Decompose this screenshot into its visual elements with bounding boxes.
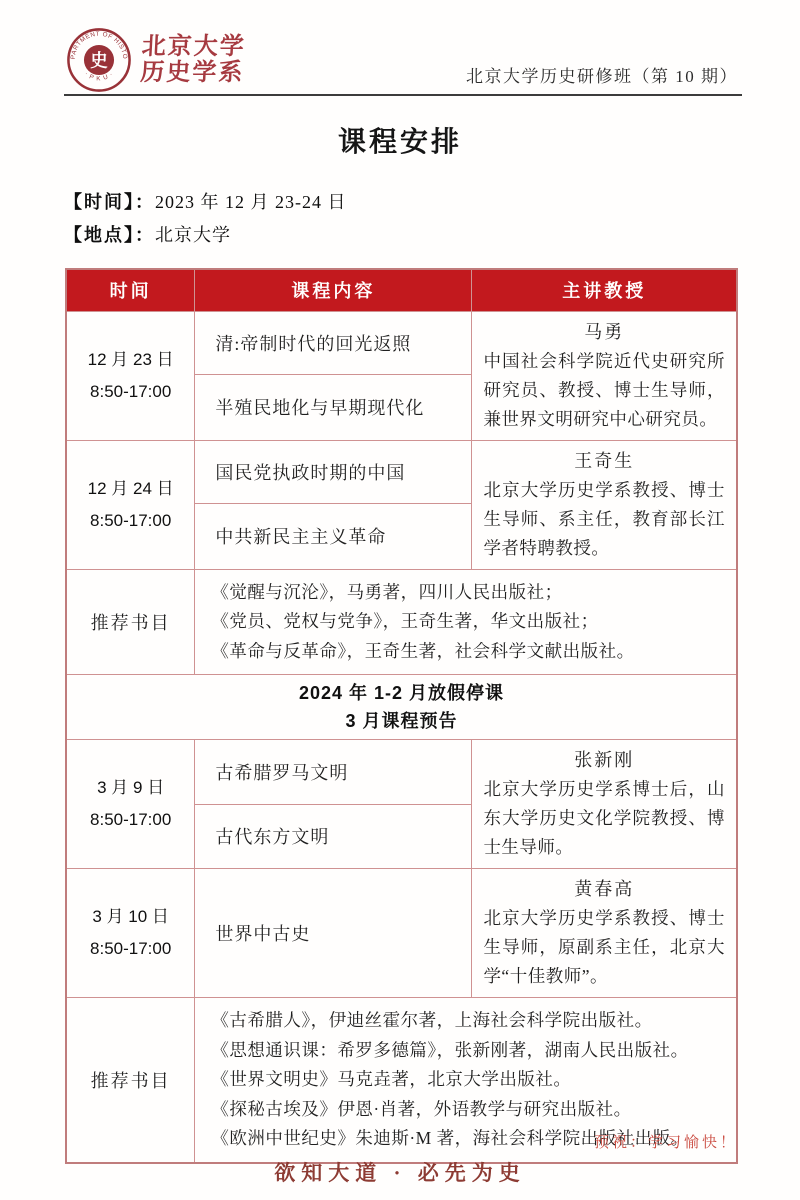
course-cell: 古代东方文明: [195, 804, 472, 869]
time-text: 8:50-17:00: [67, 933, 194, 965]
logo-group: DEPARTMENT OF HISTORY · P K U · 史 北京大学 历…: [66, 27, 245, 93]
meta-block: 【时间】：2023 年 12 月 23-24 日 【地点】：北京大学: [64, 186, 800, 252]
meta-time: 【时间】：2023 年 12 月 23-24 日: [64, 186, 800, 219]
col-header-time: 时间: [66, 269, 195, 311]
notice-line-1: 2024 年 1-2 月放假停课: [67, 679, 736, 707]
professor-cell-mayong: 马勇 中国社会科学院近代史研究所研究员、教授、博士生导师，兼世界文明研究中心研究…: [472, 311, 737, 440]
course-cell: 半殖民地化与早期现代化: [195, 375, 472, 440]
professor-bio: 中国社会科学院近代史研究所研究员、教授、博士生导师，兼世界文明研究中心研究员。: [483, 347, 725, 434]
book-item: 《思想通识课：希罗多德篇》，张新刚著，湖南人民出版社。: [211, 1036, 728, 1066]
book-item: 《觉醒与沉沦》，马勇著，四川人民出版社；: [211, 578, 728, 608]
professor-cell-wangqisheng: 王奇生 北京大学历史学系教授、博士生导师、系主任，教育部长江学者特聘教授。: [472, 440, 737, 569]
professor-bio: 北京大学历史学系教授、博士生导师，原副系主任，北京大学“十佳教师”。: [483, 904, 725, 991]
professor-name: 黄春高: [483, 875, 725, 901]
table-row-mar9-a: 3 月 9 日 8:50-17:00 古希腊罗马文明 张新刚 北京大学历史学系博…: [66, 740, 737, 805]
books-list-1: 《觉醒与沉沦》，马勇著，四川人民出版社； 《党员、党权与党争》，王奇生著，华文出…: [195, 569, 737, 675]
books-label: 推荐书目: [66, 569, 195, 675]
book-item: 《世界文明史》马克垚著，北京大学出版社。: [211, 1065, 728, 1095]
notice-cell: 2024 年 1-2 月放假停课 3 月课程预告: [66, 675, 737, 740]
course-cell: 中共新民主主义革命: [195, 504, 472, 569]
table-row-notice: 2024 年 1-2 月放假停课 3 月课程预告: [66, 675, 737, 740]
time-text: 8:50-17:00: [67, 505, 194, 537]
professor-bio: 北京大学历史学系教授、博士生导师、系主任，教育部长江学者特聘教授。: [483, 476, 725, 563]
program-title: 北京大学历史研修班（第 10 期）: [466, 62, 738, 87]
course-cell: 世界中古史: [195, 869, 472, 998]
course-cell: 国民党执政时期的中国: [195, 440, 472, 504]
book-item: 《革命与反革命》，王奇生著，社会科学文献出版社。: [211, 637, 728, 667]
book-item: 《探秘古埃及》伊恩·肖著，外语教学与研究出版社。: [211, 1095, 728, 1125]
footer-wish: 预祝：学习愉快！: [594, 1131, 738, 1152]
brand-name: 北京大学 历史学系: [140, 34, 247, 86]
professor-cell-huangchungao: 黄春高 北京大学历史学系教授、博士生导师，原副系主任，北京大学“十佳教师”。: [472, 869, 737, 998]
table-row-dec24-a: 12 月 24 日 8:50-17:00 国民党执政时期的中国 王奇生 北京大学…: [66, 440, 737, 504]
col-header-content: 课程内容: [195, 269, 472, 311]
course-cell: 古希腊罗马文明: [195, 740, 472, 805]
notice-line-2: 3 月课程预告: [67, 707, 736, 735]
date-cell-dec24: 12 月 24 日 8:50-17:00: [66, 440, 195, 569]
seal-center-glyph: 史: [90, 50, 108, 70]
date-text: 12 月 23 日: [67, 344, 194, 376]
date-text: 3 月 9 日: [67, 772, 194, 804]
book-item: 《党员、党权与党争》，王奇生著，华文出版社；: [211, 607, 728, 637]
table-header-row: 时间 课程内容 主讲教授: [66, 269, 737, 311]
meta-time-label: 【时间】：: [64, 192, 155, 212]
table-row-dec23-a: 12 月 23 日 8:50-17:00 清:帝制时代的回光返照 马勇 中国社会…: [66, 311, 737, 375]
professor-name: 张新刚: [483, 746, 725, 772]
masthead-rule: [64, 94, 742, 96]
professor-name: 马勇: [483, 318, 725, 344]
professor-bio: 北京大学历史学系博士后，山东大学历史文化学院教授、博士生导师。: [483, 775, 725, 862]
footer-motto: 欲知大道 · 必先为史: [0, 1157, 800, 1187]
date-text: 12 月 24 日: [67, 473, 194, 505]
book-item: 《古希腊人》，伊迪丝霍尔著，上海社会科学院出版社。: [211, 1006, 728, 1036]
schedule-table: 时间 课程内容 主讲教授 12 月 23 日 8:50-17:00 清:帝制时代…: [65, 268, 738, 1164]
date-cell-mar10: 3 月 10 日 8:50-17:00: [66, 869, 195, 998]
page-title: 课程安排: [0, 120, 800, 160]
table-row-mar10: 3 月 10 日 8:50-17:00 世界中古史 黄春高 北京大学历史学系教授…: [66, 869, 737, 998]
professor-name: 王奇生: [483, 447, 725, 473]
time-text: 8:50-17:00: [67, 804, 194, 836]
brand-line-2: 历史学系: [140, 60, 245, 86]
meta-location-value: 北京大学: [155, 225, 231, 245]
pku-history-seal-icon: DEPARTMENT OF HISTORY · P K U · 史: [66, 27, 132, 93]
col-header-professor: 主讲教授: [472, 269, 737, 311]
meta-time-value: 2023 年 12 月 23-24 日: [155, 192, 347, 212]
time-text: 8:50-17:00: [67, 376, 194, 408]
date-text: 3 月 10 日: [67, 901, 194, 933]
course-cell: 清:帝制时代的回光返照: [195, 311, 472, 375]
masthead: DEPARTMENT OF HISTORY · P K U · 史 北京大学 历…: [0, 0, 800, 96]
meta-location: 【地点】：北京大学: [64, 219, 800, 252]
books-label: 推荐书目: [66, 998, 195, 1163]
date-cell-mar9: 3 月 9 日 8:50-17:00: [66, 740, 195, 869]
date-cell-dec23: 12 月 23 日 8:50-17:00: [66, 311, 195, 440]
professor-cell-zhangxingang: 张新刚 北京大学历史学系博士后，山东大学历史文化学院教授、博士生导师。: [472, 740, 737, 869]
table-row-books-1: 推荐书目 《觉醒与沉沦》，马勇著，四川人民出版社； 《党员、党权与党争》，王奇生…: [66, 569, 737, 675]
document-page: DEPARTMENT OF HISTORY · P K U · 史 北京大学 历…: [0, 0, 800, 1200]
brand-line-1: 北京大学: [141, 34, 246, 60]
meta-location-label: 【地点】：: [64, 225, 155, 245]
